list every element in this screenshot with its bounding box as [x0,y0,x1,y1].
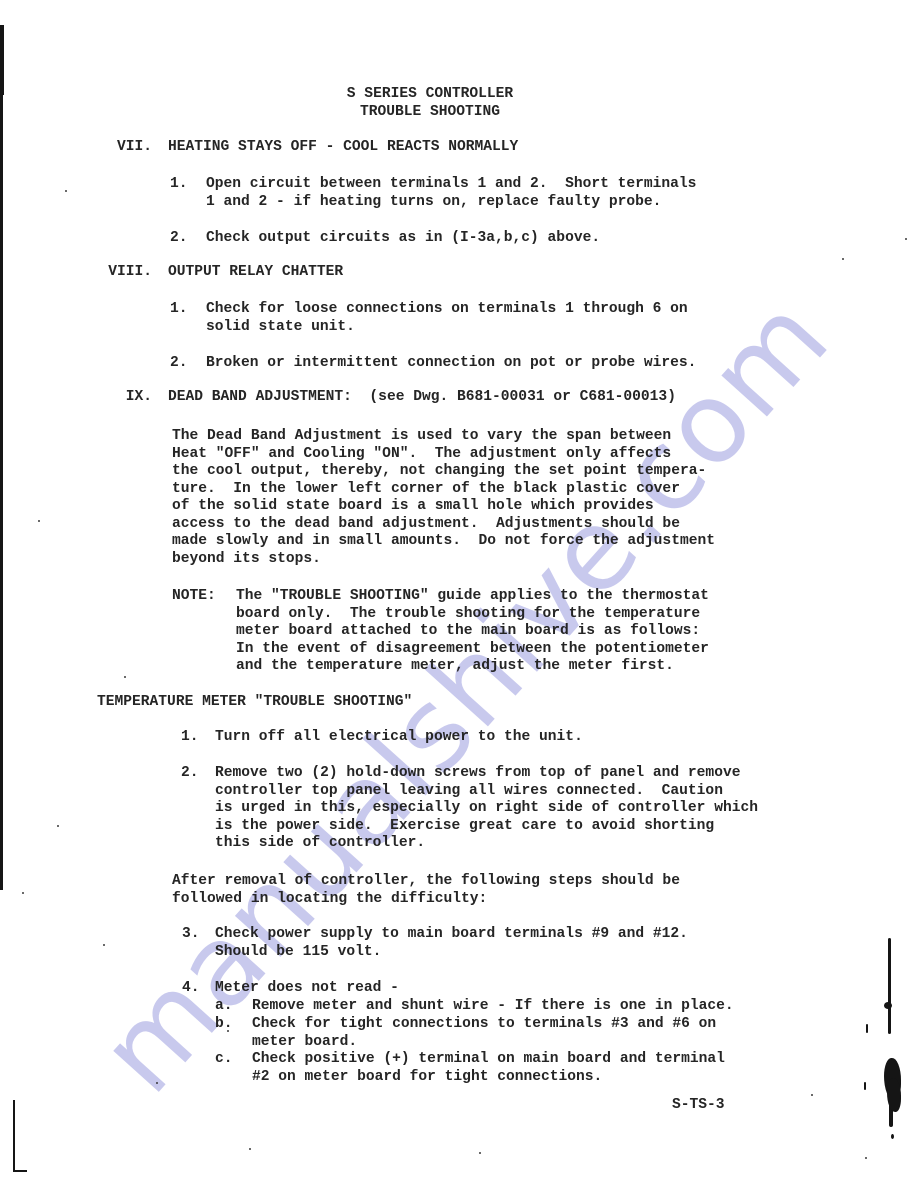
list-item-number: 1. [170,176,188,194]
page-code: S-TS-3 [672,1097,725,1115]
list-item-text: 1 and 2 - if heating turns on, replace f… [206,194,661,212]
ink-speck [22,892,24,894]
ink-speck [905,238,907,240]
ink-speck [103,944,105,946]
ink-blob-right-2 [887,1078,901,1112]
step-text: Should be 115 volt. [215,944,381,962]
substep-text: Check for tight connections to terminals… [252,1016,716,1034]
ink-speck [156,1082,158,1084]
ink-speck [479,1152,481,1154]
ink-dot-right-1 [891,1134,894,1139]
note-line: and the temperature meter, adjust the me… [236,658,674,676]
section-numeral-viii: VIII. [90,264,152,282]
substep-letter: b. [215,1016,233,1034]
body-line: After removal of controller, the followi… [172,873,680,891]
body-line: of the solid state board is a small hole… [172,498,654,516]
substep-text: Check positive (+) terminal on main boar… [252,1051,725,1069]
note-line: The "TROUBLE SHOOTING" guide applies to … [236,588,709,606]
step-text: Turn off all electrical power to the uni… [215,729,583,747]
step-text: controller top panel leaving all wires c… [215,783,723,801]
step-text: Check power supply to main board termina… [215,926,688,944]
step-number: 1. [181,729,199,747]
ink-speck [38,520,40,522]
section-numeral-vii: VII. [90,139,152,157]
ink-tick-right-1 [866,1024,868,1033]
ink-speck [811,1094,813,1096]
body-line: ture. In the lower left corner of the bl… [172,481,680,499]
list-item-text: Check for loose connections on terminals… [206,301,688,319]
body-line: The Dead Band Adjustment is used to vary… [172,428,671,446]
list-item-text: Open circuit between terminals 1 and 2. … [206,176,696,194]
ink-bump-right [884,1002,892,1009]
body-line: Heat "OFF" and Cooling "ON". The adjustm… [172,446,671,464]
list-item-text: Check output circuits as in (I-3a,b,c) a… [206,230,600,248]
note-line: meter board attached to the main board i… [236,623,700,641]
body-line: beyond its stops. [172,551,321,569]
section-heading-temperature-meter: TEMPERATURE METER "TROUBLE SHOOTING" [97,694,412,712]
scanned-document-page: manualshive.com S SERIES CONTROLLER TROU… [0,0,918,1188]
ink-streak-right-1 [888,938,891,1034]
ink-speck [57,825,59,827]
ink-speck [65,190,67,192]
title-line-1: S SERIES CONTROLLER [0,86,860,104]
step-text: Meter does not read - [215,980,399,998]
ink-speck [227,1030,229,1032]
ink-tick-right-2 [864,1082,866,1090]
note-line: In the event of disagreement between the… [236,641,709,659]
ink-speck [249,1148,251,1150]
section-heading-viii: OUTPUT RELAY CHATTER [168,264,343,282]
scan-edge-line-left-thick [0,25,4,95]
list-item-number: 2. [170,355,188,373]
step-text: is urged in this, especially on right si… [215,800,758,818]
scan-edge-line-left [0,25,3,890]
step-number: 2. [181,765,199,783]
substep-text: Remove meter and shunt wire - If there i… [252,998,734,1016]
list-item-number: 2. [170,230,188,248]
list-item-text: solid state unit. [206,319,355,337]
note-label: NOTE: [172,588,216,606]
step-number: 3. [182,926,200,944]
list-item-number: 1. [170,301,188,319]
step-text: this side of controller. [215,835,425,853]
note-line: board only. The trouble shooting for the… [236,606,700,624]
ink-speck [842,258,844,260]
body-line: the cool output, thereby, not changing t… [172,463,706,481]
page-title: S SERIES CONTROLLER TROUBLE SHOOTING [0,86,860,121]
step-number: 4. [182,980,200,998]
body-line: made slowly and in small amounts. Do not… [172,533,715,551]
substep-letter: a. [215,998,233,1016]
section-numeral-ix: IX. [90,389,152,407]
substep-text: meter board. [252,1034,357,1052]
body-line: access to the dead band adjustment. Adju… [172,516,680,534]
section-heading-vii: HEATING STAYS OFF - COOL REACTS NORMALLY [168,139,518,157]
substep-text: #2 on meter board for tight connections. [252,1069,602,1087]
substep-letter: c. [215,1051,233,1069]
body-line: followed in locating the difficulty: [172,891,487,909]
corner-mark-horizontal [13,1170,27,1172]
list-item-text: Broken or intermittent connection on pot… [206,355,696,373]
ink-speck [124,676,126,678]
section-heading-ix: DEAD BAND ADJUSTMENT: (see Dwg. B681-000… [168,389,676,407]
step-text: Remove two (2) hold-down screws from top… [215,765,740,783]
title-line-2: TROUBLE SHOOTING [0,104,860,122]
step-text: is the power side. Exercise great care t… [215,818,714,836]
ink-speck [865,1157,867,1159]
corner-mark-vertical [13,1100,15,1172]
